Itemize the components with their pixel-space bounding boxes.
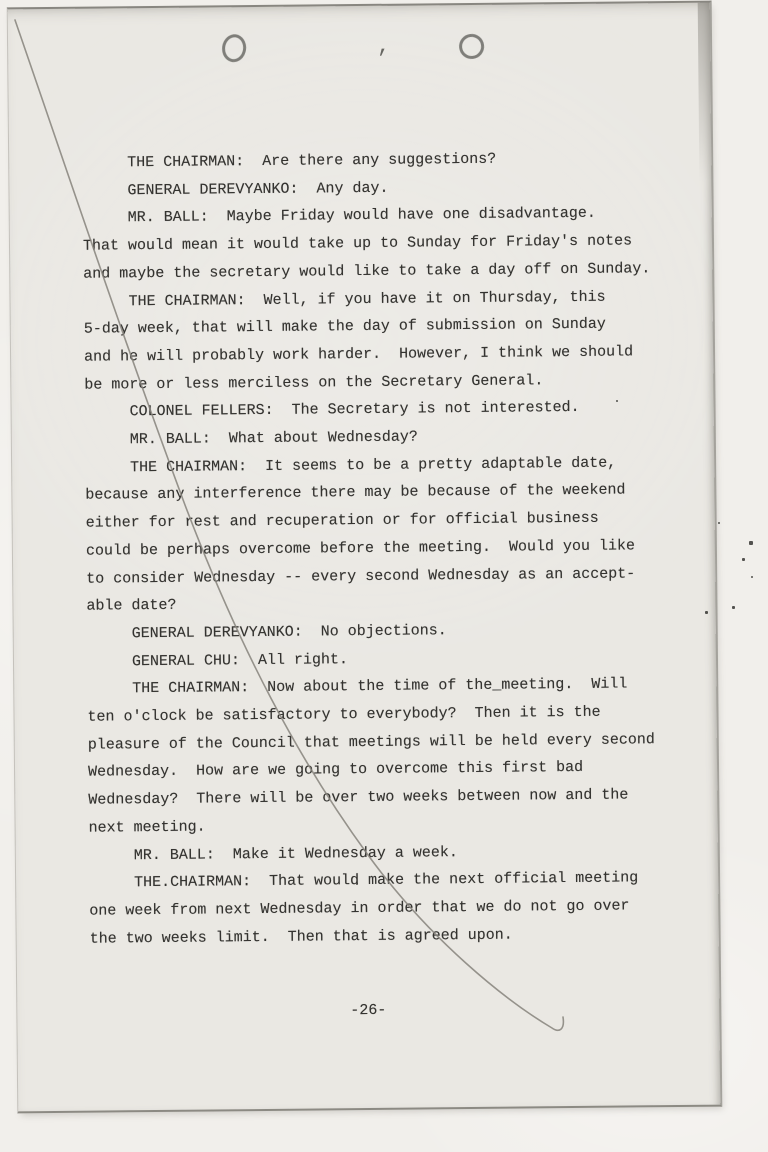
- document-page: , THE CHAIRMAN: Are there any suggestion…: [7, 1, 723, 1114]
- transcript-line: Wednesday? There will be over two weeks …: [88, 781, 688, 814]
- transcript-line: and he will probably work harder. Howeve…: [84, 338, 684, 371]
- transcript: THE CHAIRMAN: Are there any suggestions?…: [82, 144, 690, 953]
- scan-speck: [749, 541, 753, 545]
- scan-speck: [718, 522, 720, 524]
- page-number: -26-: [17, 999, 719, 1023]
- transcript-line: one week from next Wednesday in order th…: [89, 892, 689, 925]
- scan-speck: [742, 558, 745, 561]
- scan-speck: [732, 606, 735, 609]
- circle-mark-left-icon: [220, 33, 247, 64]
- circle-mark-right-icon: [458, 33, 486, 61]
- page-edge-shadow: [698, 3, 712, 198]
- scan-speck: [751, 576, 753, 578]
- scan-background: , THE CHAIRMAN: Are there any suggestion…: [0, 0, 768, 1152]
- transcript-line: the two weeks limit. Then that is agreed…: [90, 920, 690, 953]
- scan-speck: [705, 611, 708, 614]
- scan-speck: [616, 400, 618, 402]
- comma-mark: ,: [377, 34, 390, 59]
- scan-speck: [356, 883, 358, 885]
